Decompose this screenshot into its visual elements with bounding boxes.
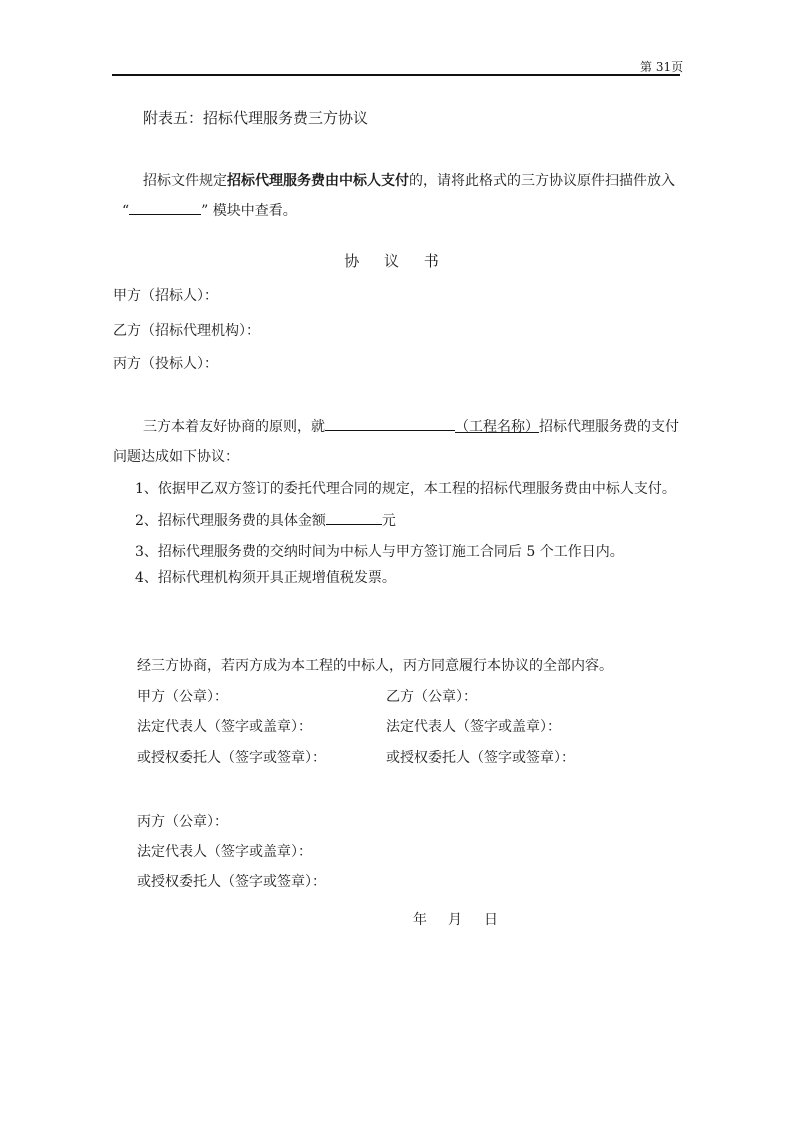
party-c-legal-rep: 法定代表人（签字或盖章）： — [137, 841, 312, 861]
party-b-authorized: 或授权委托人（签字或签章）： — [386, 747, 575, 767]
intro-bold-text: 招标代理服务费由中标人支付 — [227, 173, 409, 189]
party-b-label: 乙方（招标代理机构）： — [113, 320, 260, 340]
preamble-line-1: 三方本着友好协商的原则，就（工程名称）招标代理服务费的支付 — [143, 416, 679, 436]
preamble-text: 三方本着友好协商的原则，就 — [143, 419, 325, 435]
intro-line-1: 招标文件规定招标代理服务费由中标人支付的，请将此格式的三方协议原件扫描件放入 — [143, 170, 675, 190]
clause-1: 1、依据甲乙双方签订的委托代理合同的规定，本工程的招标代理服务费由中标人支付。 — [135, 478, 676, 498]
quote-open: “ — [122, 203, 129, 219]
currency-unit: 元 — [382, 513, 396, 529]
clause-2: 2、招标代理服务费的具体金额元 — [135, 510, 396, 530]
party-c-seal: 丙方（公章）： — [137, 811, 228, 831]
section-title: 附表五：招标代理服务费三方协议 — [143, 107, 368, 128]
intro-line-2: “” 模块中查看。 — [122, 200, 297, 220]
party-a-seal: 甲方（公章）： — [137, 686, 228, 706]
date-day: 日 — [484, 909, 498, 929]
clause-2-text: 2、招标代理服务费的具体金额 — [135, 513, 326, 529]
clause-4: 4、招标代理机构须开具正规增值税发票。 — [135, 567, 396, 587]
project-name-blank[interactable] — [325, 416, 455, 431]
document-title: 协 议 书 — [0, 250, 793, 271]
preamble-text: 招标代理服务费的支付 — [539, 419, 679, 435]
party-b-legal-rep: 法定代表人（签字或盖章）： — [386, 716, 561, 736]
module-name-blank[interactable] — [129, 200, 201, 215]
party-a-label: 甲方（招标人）： — [113, 285, 218, 305]
party-a-legal-rep: 法定代表人（签字或盖章）： — [137, 716, 312, 736]
party-b-seal: 乙方（公章）： — [386, 686, 477, 706]
clause-3: 3、招标代理服务费的交纳时间为中标人与甲方签订施工合同后 5 个工作日内。 — [135, 541, 624, 561]
preamble-line-2: 问题达成如下协议： — [113, 446, 239, 466]
party-a-authorized: 或授权委托人（签字或签章）： — [137, 747, 326, 767]
project-name-label: （工程名称） — [455, 419, 539, 435]
intro-text: 的，请将此格式的三方协议原件扫描件放入 — [409, 173, 675, 189]
intro-text: 招标文件规定 — [143, 173, 227, 189]
date-month: 月 — [448, 909, 462, 929]
date-year: 年 — [413, 909, 427, 929]
amount-blank[interactable] — [326, 510, 382, 525]
party-c-authorized: 或授权委托人（签字或签章）： — [137, 871, 326, 891]
agreement-statement: 经三方协商，若丙方成为本工程的中标人，丙方同意履行本协议的全部内容。 — [137, 655, 613, 675]
quote-close: ” — [201, 203, 208, 219]
page-number: 第 31页 — [640, 58, 683, 75]
party-c-label: 丙方（投标人）： — [113, 353, 218, 373]
intro-text: 模块中查看。 — [213, 203, 297, 219]
header-rule — [112, 74, 680, 76]
